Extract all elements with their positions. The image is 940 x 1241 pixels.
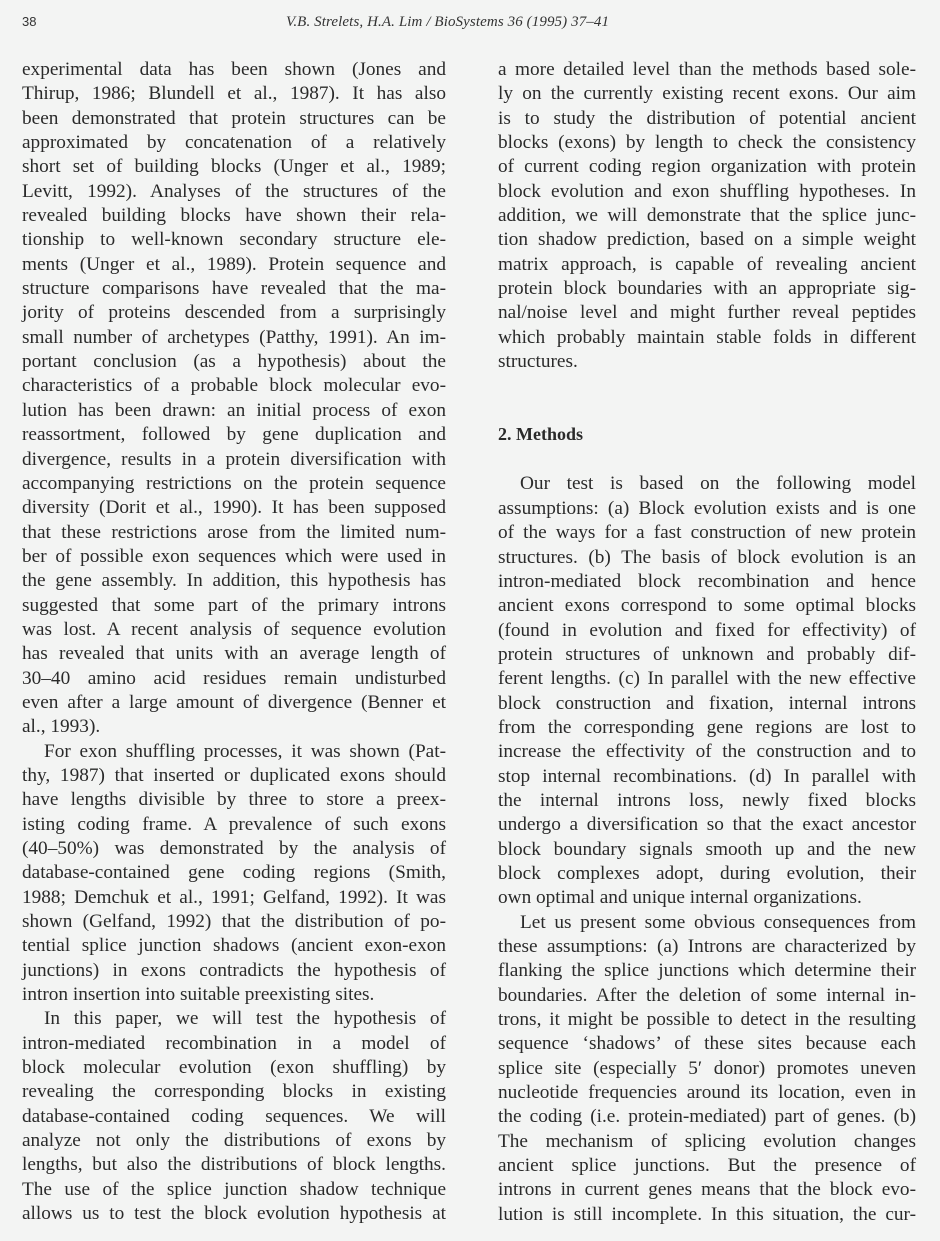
- text-line: trons, it might be possible to detect in…: [498, 1008, 916, 1032]
- text-line: block construction and fixation, interna…: [498, 692, 916, 716]
- text-line: stop internal recombinations. (d) In par…: [498, 765, 916, 789]
- text-line: The mechanism of splicing evolution chan…: [498, 1130, 916, 1154]
- text-line: nal/noise level and might further reveal…: [498, 301, 916, 325]
- text-line: intron-mediated recombination in a model…: [22, 1032, 446, 1056]
- text-line: splice site (especially 5′ donor) promot…: [498, 1057, 916, 1081]
- text-line: approximated by concatenation of a relat…: [22, 131, 446, 155]
- text-line: experimental data has been shown (Jones …: [22, 58, 446, 82]
- text-line: Let us present some obvious consequences…: [498, 911, 916, 935]
- text-line: addition, we will demonstrate that the s…: [498, 204, 916, 228]
- paragraph: Let us present some obvious consequences…: [498, 911, 916, 1227]
- text-line: the internal introns loss, newly fixed b…: [498, 789, 916, 813]
- text-line: In this paper, we will test the hypothes…: [22, 1007, 446, 1031]
- text-line: ments (Unger et al., 1989). Protein sequ…: [22, 253, 446, 277]
- text-line: been demonstrated that protein structure…: [22, 107, 446, 131]
- text-line: revealing the corresponding blocks in ex…: [22, 1080, 446, 1104]
- text-line: boundaries. After the deletion of some i…: [498, 984, 916, 1008]
- text-line: The use of the splice junction shadow te…: [22, 1178, 446, 1202]
- text-line: lution is still incomplete. In this situ…: [498, 1203, 916, 1227]
- text-line: has revealed that units with an average …: [22, 642, 446, 666]
- text-line: even after a large amount of divergence …: [22, 691, 446, 715]
- text-line: characteristics of a probable block mole…: [22, 374, 446, 398]
- spacer: [498, 446, 916, 472]
- text-line: a more detailed level than the methods b…: [498, 58, 916, 82]
- text-line: flanking the splice junctions which dete…: [498, 959, 916, 983]
- text-line: shown (Gelfand, 1992) that the distribut…: [22, 910, 446, 934]
- text-line: block boundary signals smooth up and the…: [498, 838, 916, 862]
- text-line: reassortment, followed by gene duplicati…: [22, 423, 446, 447]
- text-line: own optimal and unique internal organiza…: [498, 886, 916, 910]
- text-line: thy, 1987) that inserted or duplicated e…: [22, 764, 446, 788]
- text-line: of the ways for a fast construction of n…: [498, 521, 916, 545]
- text-line: these assumptions: (a) Introns are chara…: [498, 935, 916, 959]
- text-line: (40–50%) was demonstrated by the analysi…: [22, 837, 446, 861]
- text-line: that these restrictions arose from the l…: [22, 521, 446, 545]
- text-line: was lost. A recent analysis of sequence …: [22, 618, 446, 642]
- text-line: from the corresponding gene regions are …: [498, 716, 916, 740]
- text-line: Thirup, 1986; Blundell et al., 1987). It…: [22, 82, 446, 106]
- text-line: Levitt, 1992). Analyses of the structure…: [22, 180, 446, 204]
- text-line: nucleotide frequencies around its locati…: [498, 1081, 916, 1105]
- text-line: structures. (b) The basis of block evolu…: [498, 546, 916, 570]
- text-line: undergo a diversification so that the ex…: [498, 813, 916, 837]
- text-line: block complexes adopt, during evolution,…: [498, 862, 916, 886]
- page-number: 38: [22, 14, 36, 29]
- text-line: al., 1993).: [22, 715, 446, 739]
- paragraph: For exon shuffling processes, it was sho…: [22, 740, 446, 1008]
- text-line: protein block boundaries with an appropr…: [498, 277, 916, 301]
- text-line: isting coding frame. A prevalence of suc…: [22, 813, 446, 837]
- text-line: tion shadow prediction, based on a simpl…: [498, 228, 916, 252]
- text-line: ly on the currently existing recent exon…: [498, 82, 916, 106]
- text-line: matrix approach, is capable of revealing…: [498, 253, 916, 277]
- text-line: block evolution and exon shuffling hypot…: [498, 180, 916, 204]
- text-line: 1988; Demchuk et al., 1991; Gelfand, 199…: [22, 886, 446, 910]
- text-line: junctions) in exons contradicts the hypo…: [22, 959, 446, 983]
- text-line: (found in evolution and fixed for effect…: [498, 619, 916, 643]
- text-line: suggested that some part of the primary …: [22, 594, 446, 618]
- text-line: sequence ‘shadows’ of these sites becaus…: [498, 1032, 916, 1056]
- text-line: jority of proteins descended from a surp…: [22, 301, 446, 325]
- paragraph: experimental data has been shown (Jones …: [22, 58, 446, 740]
- text-line: of current coding region organization wi…: [498, 155, 916, 179]
- text-line: short set of building blocks (Unger et a…: [22, 155, 446, 179]
- text-line: small number of archetypes (Patthy, 1991…: [22, 326, 446, 350]
- text-line: ferent lengths. (c) In parallel with the…: [498, 667, 916, 691]
- text-line: intron insertion into suitable preexisti…: [22, 983, 446, 1007]
- text-line: allows us to test the block evolution hy…: [22, 1202, 446, 1226]
- text-line: database-contained coding sequences. We …: [22, 1105, 446, 1129]
- text-line: block molecular evolution (exon shufflin…: [22, 1056, 446, 1080]
- page-header: 38 V.B. Strelets, H.A. Lim / BioSystems …: [0, 14, 940, 34]
- text-line: increase the effectivity of the construc…: [498, 740, 916, 764]
- text-line: the gene assembly. In addition, this hyp…: [22, 569, 446, 593]
- section-heading: 2. Methods: [498, 422, 916, 446]
- text-line: tionship to well-known secondary structu…: [22, 228, 446, 252]
- text-line: tential splice junction shadows (ancient…: [22, 934, 446, 958]
- text-line: structure comparisons have revealed that…: [22, 277, 446, 301]
- text-line: revealed building blocks have shown thei…: [22, 204, 446, 228]
- running-head: V.B. Strelets, H.A. Lim / BioSystems 36 …: [286, 14, 609, 31]
- paragraph: Our test is based on the following model…: [498, 472, 916, 910]
- text-line: introns in current genes means that the …: [498, 1178, 916, 1202]
- text-line: ancient splice junctions. But the presen…: [498, 1154, 916, 1178]
- text-line: intron-mediated block recombination and …: [498, 570, 916, 594]
- text-line: database-contained gene coding regions (…: [22, 861, 446, 885]
- right-column: a more detailed level than the methods b…: [498, 58, 916, 1227]
- text-line: accompanying restrictions on the protein…: [22, 472, 446, 496]
- text-line: 30–40 amino acid residues remain undistu…: [22, 667, 446, 691]
- text-line: Our test is based on the following model: [498, 472, 916, 496]
- text-line: which probably maintain stable folds in …: [498, 326, 916, 350]
- text-line: structures.: [498, 350, 916, 374]
- text-line: ber of possible exon sequences which wer…: [22, 545, 446, 569]
- text-line: have lengths divisible by three to store…: [22, 788, 446, 812]
- text-line: divergence, results in a protein diversi…: [22, 448, 446, 472]
- text-line: blocks (exons) by length to check the co…: [498, 131, 916, 155]
- text-line: ancient exons correspond to some optimal…: [498, 594, 916, 618]
- text-line: protein structures of unknown and probab…: [498, 643, 916, 667]
- text-line: the coding (i.e. protein-mediated) part …: [498, 1105, 916, 1129]
- paragraph: In this paper, we will test the hypothes…: [22, 1007, 446, 1226]
- paragraph: a more detailed level than the methods b…: [498, 58, 916, 374]
- text-line: diversity (Dorit et al., 1990). It has b…: [22, 496, 446, 520]
- text-line: lution has been drawn: an initial proces…: [22, 399, 446, 423]
- text-line: portant conclusion (as a hypothesis) abo…: [22, 350, 446, 374]
- left-column: experimental data has been shown (Jones …: [22, 58, 446, 1227]
- text-line: analyze not only the distributions of ex…: [22, 1129, 446, 1153]
- text-line: is to study the distribution of potentia…: [498, 107, 916, 131]
- text-line: assumptions: (a) Block evolution exists …: [498, 497, 916, 521]
- text-line: lengths, but also the distributions of b…: [22, 1153, 446, 1177]
- text-line: For exon shuffling processes, it was sho…: [22, 740, 446, 764]
